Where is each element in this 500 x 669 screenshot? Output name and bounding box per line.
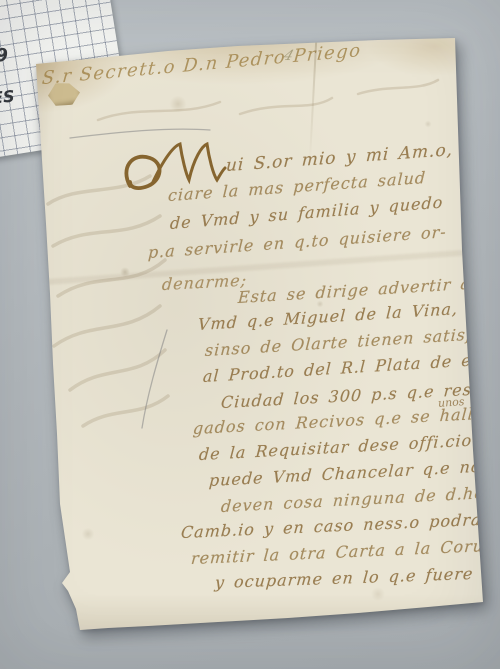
interlinear-word: unos [438,395,465,410]
letter-line: remitir la otra Carta a la Coruna [190,535,500,568]
letter-line: y ocuparme en lo q.e fuere servido [214,561,500,592]
paper-sheet: S.r Secrett.o D.n Pedro Priego 4 ui S.or… [28,34,490,636]
letter-line: ui S.or mio y mi Am.o, apre- [225,136,500,176]
photo-background: 4 9 ES [0,0,500,669]
